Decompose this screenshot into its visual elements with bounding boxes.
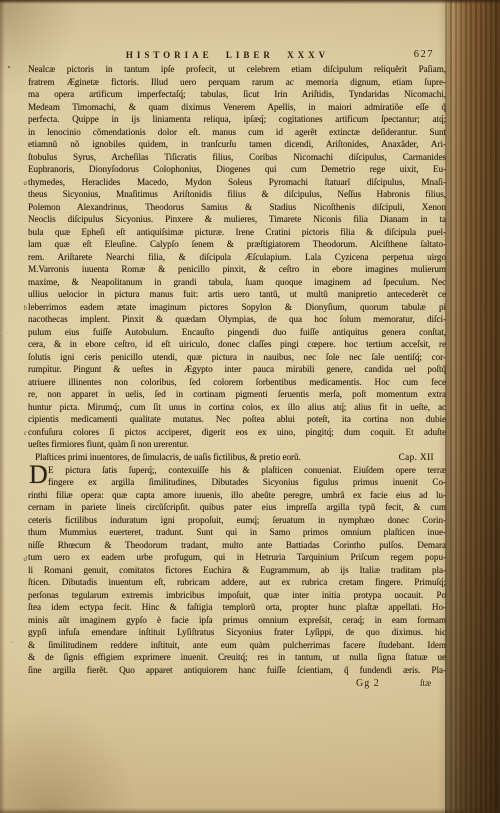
text-line: rinthi filiæ opera: quæ capta amore iuue… — [28, 489, 446, 502]
text-line: in lenocinio cõmendationis dolor eſt. ma… — [28, 126, 446, 139]
text-line: ullius uelocior in pictura manus fuit: a… — [28, 288, 446, 301]
top-edge-shadow — [0, 0, 500, 4]
text-line: maxime, & Neapolitanum in grandi tabula,… — [28, 276, 446, 289]
text-line: nacothecas implent. Pinxit & quædam Olym… — [28, 313, 446, 326]
text-line: thymedes, Heraclides Macedo, Mydon Soleu… — [28, 176, 446, 189]
text-line: Nealcæ pictoris in tantum ipſe profecit,… — [28, 63, 446, 76]
text-line: niſſe Rhœcum & Theodorum tradant, multo … — [28, 539, 446, 552]
text-line: & ſimilitudinem reddere inſtituit, ante … — [28, 639, 446, 652]
text-line: thum Mummius euerteret, tradunt. Sunt qu… — [28, 526, 446, 539]
margin-note-mark: d — [18, 555, 27, 564]
text-line: ſine argilla fierẽt. Quo apparet antiqui… — [28, 664, 446, 677]
chapter-heading-text: Plaſtices primi inuentores, de ſimulacri… — [35, 451, 301, 464]
margin-note-mark: b — [18, 304, 27, 313]
text-line: huntur picta. Mirumq́;, cum ſit unus in … — [28, 401, 446, 414]
margin-note-mark: c — [18, 429, 27, 438]
catchword: ſtæ — [420, 678, 431, 688]
text-line: & de ſignis effigiem exprimere inuenit. … — [28, 651, 446, 664]
text-line: ma opera artificum imperfectaſq́; tabula… — [28, 88, 446, 101]
page-number: 627 — [414, 49, 434, 60]
text-line: bula quæ Epheſi eſt antiquiſsimæ picturæ… — [28, 226, 446, 239]
chapter-heading-line: Plaſtices primi inuentores, de ſimulacri… — [28, 451, 446, 464]
chapter-number: Cap. XII — [399, 451, 434, 464]
signature-row: Gg 2 ſtæ — [28, 678, 446, 692]
text-line: Medeam Timomachi, & quam diximus Venerem… — [28, 101, 446, 114]
text-line: cernam in pariete lineis circũſcripſit. … — [28, 501, 446, 514]
text-line: confuſura colores ſi pictos acciperet, d… — [28, 426, 446, 439]
text-line: E pictura ſatis ſuperq́;, contexuiſſe hi… — [28, 464, 446, 477]
book-page-edges-decoration — [445, 0, 500, 813]
text-line: lam quæ eſt Eleuſine. Calypſo ſenem & pr… — [28, 238, 446, 251]
text-line: ſtea idem ectypa fecit. Hinc & faſtigia … — [28, 601, 446, 614]
text-line: gypſi infuſa emendare inſtituit Lyſiſtra… — [28, 626, 446, 639]
text-line: cipientis medicamenti qualitate mutatus.… — [28, 413, 446, 426]
text-line: minis aũt imaginem gypſo è facie ipſa pr… — [28, 614, 446, 627]
text-line: atriuere illinentes non coloribus, ſed c… — [28, 376, 446, 389]
drop-cap: D — [29, 462, 48, 488]
text-line: ueſtes firmiores fiunt, quàm ſi non urer… — [28, 438, 446, 451]
bottom-edge-shadow — [0, 808, 500, 813]
text-line: perfecta. Quippe in ijs liniamenta reliq… — [28, 113, 446, 126]
text-line: fingere ex argilla ſimilitudines, Dibuta… — [28, 476, 446, 489]
text-line: ſtobulus Syrus, Archeſilas Tiſicratis fi… — [28, 151, 446, 164]
text-line: pulum eius fuiſſe Autobulum. Encauſto pi… — [28, 326, 446, 339]
text-line: perſonas tegularum extremis imbricibus i… — [28, 589, 446, 602]
text-line: tum uero ex eadem urbe profugum, qui in … — [28, 551, 446, 564]
text-line: leberrimos eadem ætate imaginum pictores… — [28, 301, 446, 314]
paper-speck — [8, 66, 10, 68]
text-line: ſticen. Dibutadis inuentum eſt, rubricam… — [28, 576, 446, 589]
text-line: Polemon Alexandrinus, Theodorus Samius &… — [28, 201, 446, 214]
text-line: re, non apparet in uelis, ſed in cortina… — [28, 388, 446, 401]
text-line: li Romani genuit, comitatos fictores Euc… — [28, 564, 446, 577]
margin-note-mark: a — [18, 179, 27, 188]
text-line: ſolutis igni ceris penicillo utendi, quæ… — [28, 351, 446, 364]
running-title: HISTORIAE LIBER XXXV — [0, 50, 455, 60]
text-line: etiamnũ nõ ignobiles quidem, in tranſcur… — [28, 138, 446, 151]
text-line: cera, & in ebore ceſtro, id eſt uiriculo… — [28, 338, 446, 351]
text-line: ceteris fictilibus induratum igni propoſ… — [28, 514, 446, 527]
left-edge-shadow — [0, 0, 5, 813]
text-line: fratrem Æginetæ fictoris. Illud uero per… — [28, 76, 446, 89]
text-line: theus Sicyonius, Mnaſitimus Ariſtonidis … — [28, 188, 446, 201]
text-line: rem. Ariſtarete Nearchi filia, & diſcipu… — [28, 251, 446, 264]
signature-mark: Gg 2 — [356, 678, 380, 689]
text-line: rumpitur. Pingunt & ueſtes in Ægypto int… — [28, 363, 446, 376]
book-page: HISTORIAE LIBER XXXV 627 D Nealcæ pictor… — [0, 0, 500, 813]
text-line: M.Varronis iuuenta Romæ & penicillo pinx… — [28, 263, 446, 276]
text-block: D Nealcæ pictoris in tantum ipſe profeci… — [28, 63, 446, 676]
text-line: Euphranoris, Dionyſodorus Colophonius, D… — [28, 163, 446, 176]
text-line: Neoclis diſcipulus Sicyonius. Pinxere & … — [28, 213, 446, 226]
